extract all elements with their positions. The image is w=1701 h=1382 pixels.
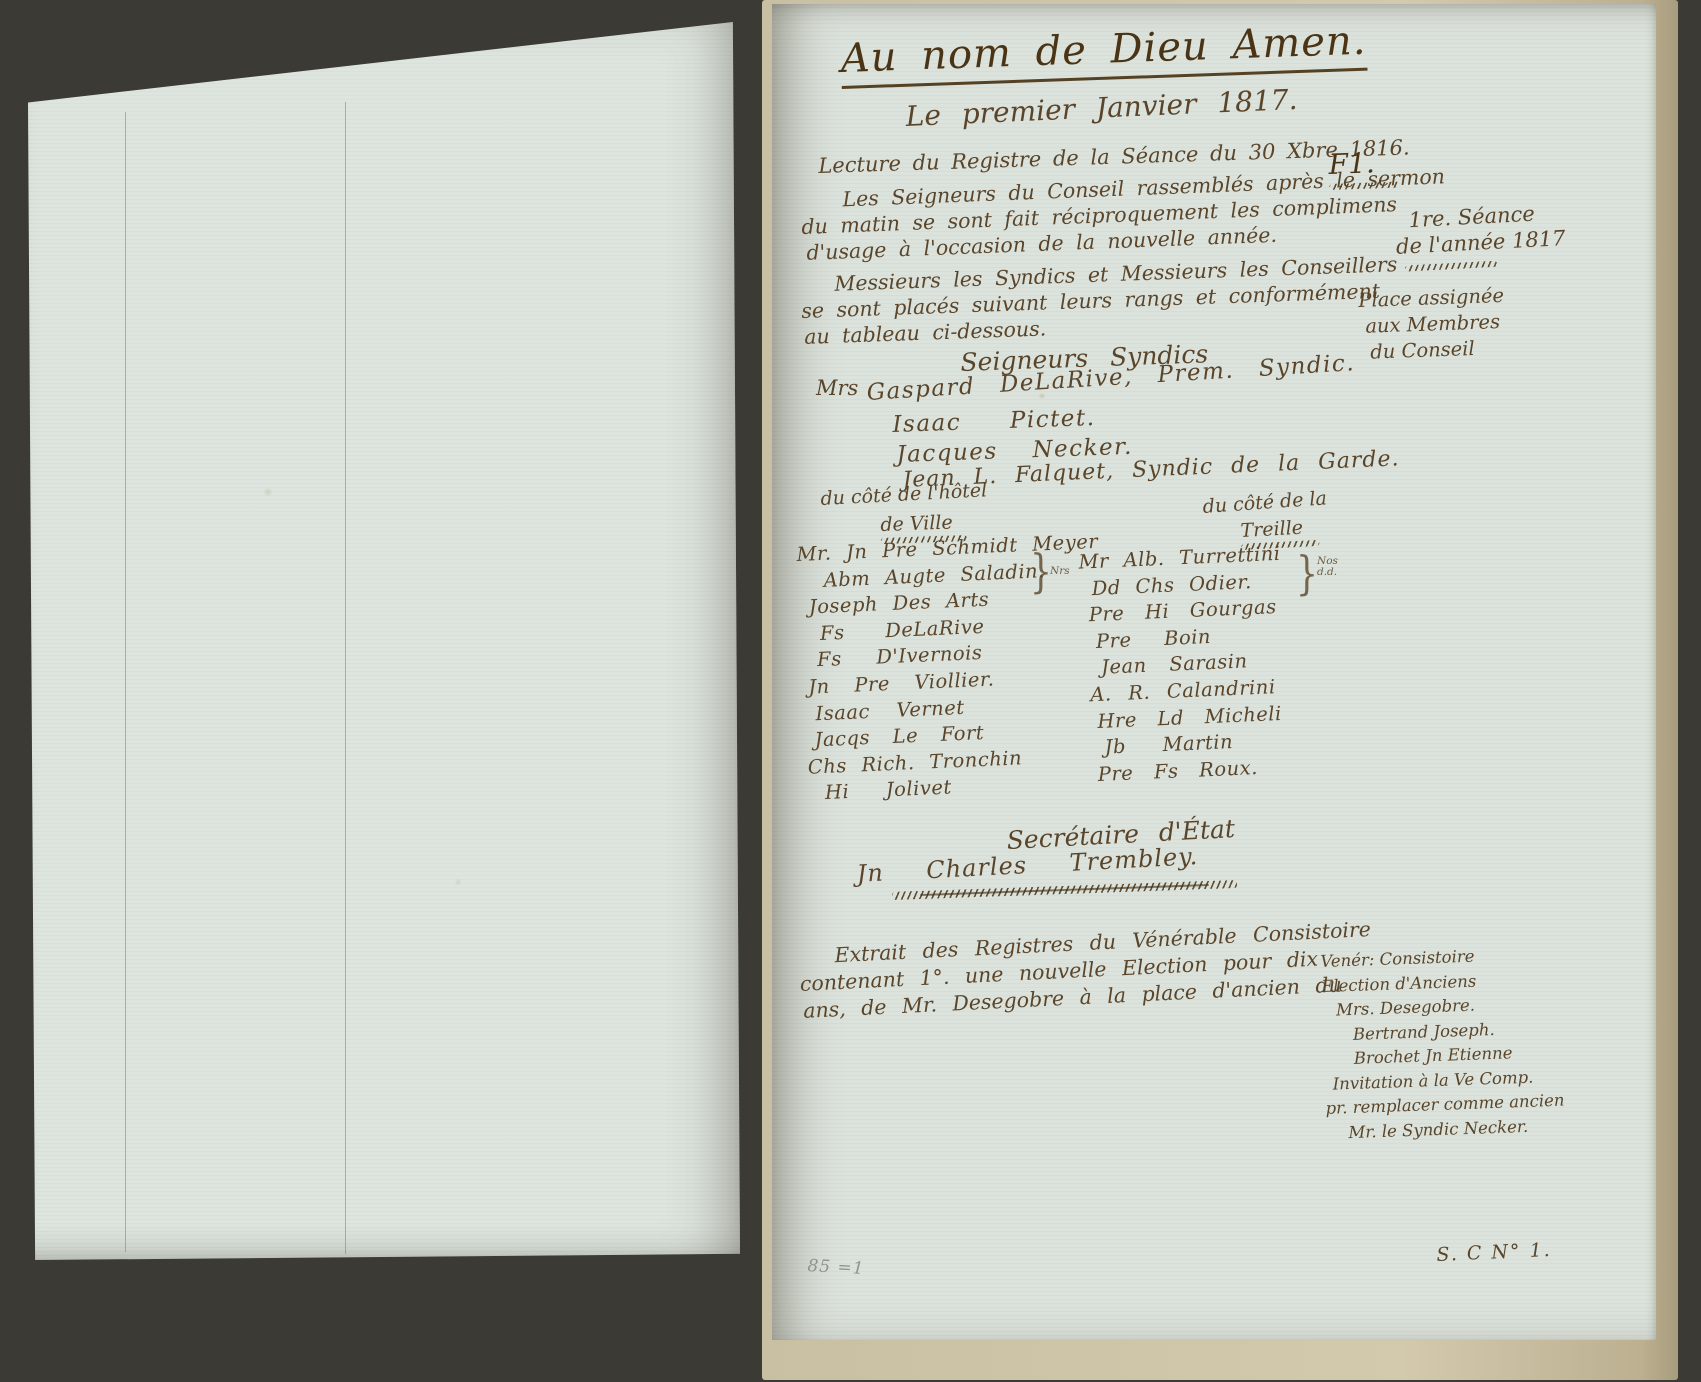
syndics-prefix: Mrs xyxy=(816,376,858,400)
fold-line xyxy=(125,112,126,1252)
brace-note: Nos d.d. xyxy=(1317,556,1338,578)
date-line: Le premier Janvier 1817. xyxy=(905,83,1298,133)
syndic-name: Isaac Pictet. xyxy=(892,405,1096,438)
left-page xyxy=(28,22,740,1260)
margin-note-consistoire: Venér: Consistoire Election d'Anciens Mr… xyxy=(1320,942,1566,1146)
brace-note-line: d.d. xyxy=(1317,567,1338,578)
book-scan: Au nom de Dieu Amen. Le premier Janvier … xyxy=(0,0,1701,1382)
brace-icon: } xyxy=(1296,546,1318,600)
fold-line xyxy=(345,102,346,1254)
name-list-right: Mr Alb. Turrettini Dd Chs Odier. Pre Hi … xyxy=(1070,541,1290,789)
paragraph-opening: Les Seigneurs du Conseil rassemblés aprè… xyxy=(800,163,1447,266)
column-header-label: de Ville xyxy=(880,511,953,536)
column-header-label: Treille xyxy=(1240,517,1304,542)
page-title: Au nom de Dieu Amen. xyxy=(840,18,1367,89)
brace-note: Nrs xyxy=(1050,566,1070,577)
right-page: Au nom de Dieu Amen. Le premier Janvier … xyxy=(772,4,1656,1340)
brace-icon: } xyxy=(1030,544,1052,598)
pencil-note: 85 =1 xyxy=(807,1256,865,1279)
margin-line: aux Membres xyxy=(1365,309,1505,340)
margin-note-place: Place assignée aux Membres du Conseil xyxy=(1358,283,1506,366)
flourish xyxy=(1405,261,1497,272)
bottom-reference: S. C N° 1. xyxy=(1436,1239,1552,1266)
paragraph-seating: Messieurs les Syndics et Messieurs les C… xyxy=(800,251,1400,350)
column-header-ville: du côté de l'hôtel xyxy=(820,479,988,510)
margin-line: du Conseil xyxy=(1370,335,1506,366)
column-header-treille: du côté de la xyxy=(1202,487,1328,518)
margin-note-seance: 1re. Séance de l'année 1817 xyxy=(1394,199,1567,272)
paragraph-extrait: Extrait des Registres du Vénérable Consi… xyxy=(798,916,1374,1025)
